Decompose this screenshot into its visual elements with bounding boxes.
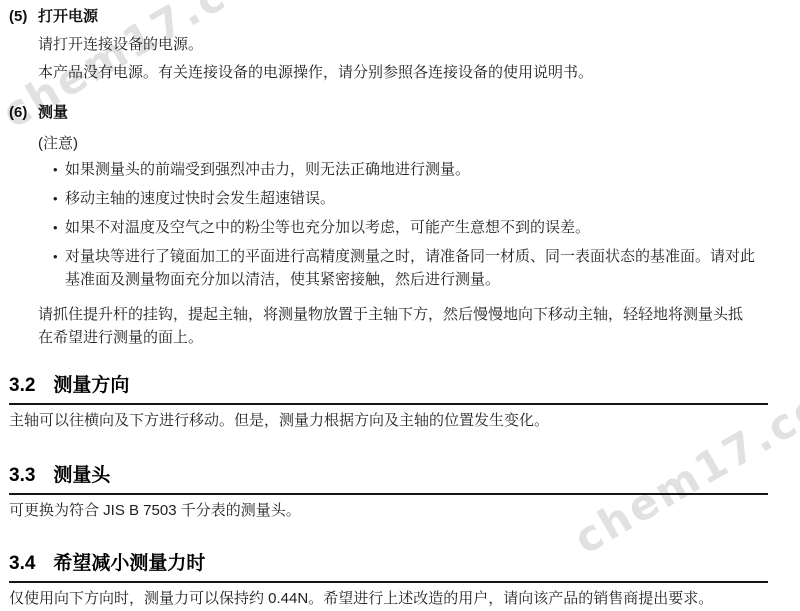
list-item: 如果不对温度及空气之中的粉尘等也充分加以考虑，可能产生意想不到的误差。 (53, 216, 800, 239)
bullet-icon (53, 158, 65, 181)
list-item-text: 对量块等进行了镜面加工的平面进行高精度测量之时，请准备同一材质、同一表面状态的基… (65, 245, 765, 291)
paragraph: 请抓住提升杆的挂钩，提起主轴，将测量物放置于主轴下方，然后慢慢地向下移动主轴，轻… (38, 303, 750, 349)
section-3-4-heading: 3.4 希望减小测量力时 (9, 553, 768, 583)
paragraph: 本产品没有电源。有关连接设备的电源操作，请分别参照各连接设备的使用说明书。 (38, 65, 800, 81)
bullet-icon (53, 187, 65, 210)
section-number: 3.3 (9, 465, 35, 486)
item-title: 测量 (38, 105, 68, 121)
section-power-on: (5) 打开电源 请打开连接设备的电源。 本产品没有电源。有关连接设备的电源操作… (9, 9, 800, 81)
bullet-icon (53, 245, 65, 291)
section-3-3-heading: 3.3 测量头 (9, 465, 768, 495)
manual-page: chem17.com chem17.com (5) 打开电源 请打开连接设备的电… (0, 0, 800, 611)
item-number: (5) (9, 9, 38, 25)
item-title: 打开电源 (38, 9, 98, 25)
list-item-text: 如果测量头的前端受到强烈冲击力，则无法正确地进行测量。 (65, 158, 765, 181)
paragraph: 可更换为符合 JIS B 7503 千分表的测量头。 (9, 503, 769, 519)
list-item-text: 如果不对温度及空气之中的粉尘等也充分加以考虑，可能产生意想不到的误差。 (65, 216, 765, 239)
section-3-2-heading: 3.2 测量方向 (9, 375, 768, 405)
section-3-4: 3.4 希望减小测量力时 仅使用向下方向时，测量力可以保持约 0.44N。希望进… (9, 553, 800, 607)
section-3-2: 3.2 测量方向 主轴可以往横向及下方进行移动。但是，测量力根据方向及主轴的位置… (9, 375, 800, 429)
item-number: (6) (9, 105, 38, 121)
list-item: 对量块等进行了镜面加工的平面进行高精度测量之时，请准备同一材质、同一表面状态的基… (53, 245, 800, 291)
power-on-heading: (5) 打开电源 (9, 9, 800, 25)
section-title: 测量头 (53, 465, 110, 486)
section-title: 希望减小测量力时 (53, 553, 205, 574)
section-measurement: (6) 测量 (注意) 如果测量头的前端受到强烈冲击力，则无法正确地进行测量。 … (9, 105, 800, 349)
section-number: 3.2 (9, 375, 35, 396)
note-label: (注意) (38, 136, 800, 152)
section-3-3: 3.3 测量头 可更换为符合 JIS B 7503 千分表的测量头。 (9, 465, 800, 519)
list-item: 如果测量头的前端受到强烈冲击力，则无法正确地进行测量。 (53, 158, 800, 181)
document-content: (5) 打开电源 请打开连接设备的电源。 本产品没有电源。有关连接设备的电源操作… (0, 0, 800, 607)
measurement-heading: (6) 测量 (9, 105, 800, 121)
section-title: 测量方向 (53, 375, 129, 396)
list-item: 移动主轴的速度过快时会发生超速错误。 (53, 187, 800, 210)
paragraph: 仅使用向下方向时，测量力可以保持约 0.44N。希望进行上述改造的用户，请向该产… (9, 591, 769, 607)
paragraph: 主轴可以往横向及下方进行移动。但是，测量力根据方向及主轴的位置发生变化。 (9, 413, 769, 429)
note-bullet-list: 如果测量头的前端受到强烈冲击力，则无法正确地进行测量。 移动主轴的速度过快时会发… (53, 158, 800, 291)
list-item-text: 移动主轴的速度过快时会发生超速错误。 (65, 187, 765, 210)
section-number: 3.4 (9, 553, 35, 574)
paragraph: 请打开连接设备的电源。 (38, 37, 800, 53)
bullet-icon (53, 216, 65, 239)
